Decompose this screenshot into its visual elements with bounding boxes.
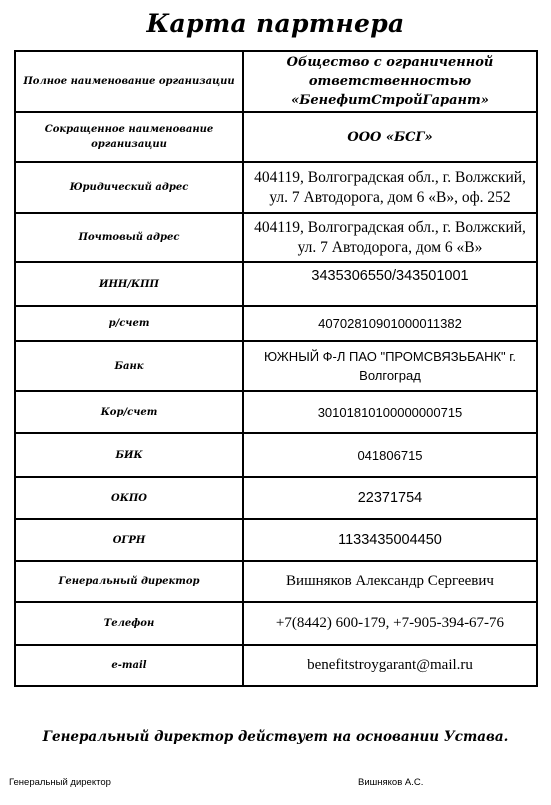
row-value: 22371754 [243, 477, 537, 519]
row-label: e-mail [15, 645, 243, 686]
row-value: 404119, Волгоградская обл., г. Волжский,… [243, 213, 537, 262]
signature-name: Вишняков А.С. [358, 776, 423, 790]
value-line: «БенефитСтройГарант» [291, 93, 489, 108]
row-value: Вишняков Александр Сергеевич [243, 561, 537, 602]
row-label: БИК [15, 433, 243, 477]
row-label: ОКПО [15, 477, 243, 519]
row-label: Полное наименование организации [15, 51, 243, 112]
document-title: Карта партнера [0, 6, 551, 42]
row-label: Телефон [15, 602, 243, 645]
table-row-bank: БанкЮЖНЫЙ Ф-Л ПАО "ПРОМСВЯЗЬБАНК" г.Волг… [15, 341, 537, 391]
footer-note: Генеральный директор действует на основа… [0, 726, 551, 748]
table-row-inn-kpp: ИНН/КПП3435306550/343501001 [15, 262, 537, 306]
table-row-legal-address: Юридический адрес404119, Волгоградская о… [15, 162, 537, 213]
value-line: ЮЖНЫЙ Ф-Л ПАО "ПРОМСВЯЗЬБАНК" г. [264, 349, 516, 364]
value-line: ул. 7 Автодорога, дом 6 «В», оф. 252 [269, 189, 510, 206]
value-line: 30101810100000000715 [318, 405, 463, 420]
value-line: +7(8442) 600-179, +7-905-394-67-76 [276, 615, 504, 631]
value-line: Вишняков Александр Сергеевич [286, 573, 494, 589]
row-value: ЮЖНЫЙ Ф-Л ПАО "ПРОМСВЯЗЬБАНК" г.Волгогра… [243, 341, 537, 391]
partner-card-table: Полное наименование организацииОбщество … [14, 50, 538, 687]
table-row-phone: Телефон+7(8442) 600-179, +7-905-394-67-7… [15, 602, 537, 645]
row-label: Банк [15, 341, 243, 391]
value-line: 404119, Волгоградская обл., г. Волжский, [254, 169, 526, 186]
value-line: 40702810901000011382 [318, 316, 462, 331]
signature-position: Генеральный директор [9, 776, 111, 790]
table-row-ogrn: ОГРН1133435004450 [15, 519, 537, 561]
row-value: 3435306550/343501001 [243, 262, 537, 306]
value-line: ул. 7 Автодорога, дом 6 «В» [298, 239, 483, 256]
table-row-short-name: Сокращенное наименование организацииООО … [15, 112, 537, 162]
value-line: benefitstroygarant@mail.ru [307, 657, 473, 673]
row-value: Общество с ограниченнойответственностью«… [243, 51, 537, 112]
row-value: ООО «БСГ» [243, 112, 537, 162]
value-line: 041806715 [357, 448, 422, 463]
row-label: Генеральный директор [15, 561, 243, 602]
row-label: Почтовый адрес [15, 213, 243, 262]
table-row-correspondent-account: Кор/счет30101810100000000715 [15, 391, 537, 433]
row-value: 1133435004450 [243, 519, 537, 561]
row-label: ОГРН [15, 519, 243, 561]
table-row-general-director: Генеральный директорВишняков Александр С… [15, 561, 537, 602]
table-row-email: e-mailbenefitstroygarant@mail.ru [15, 645, 537, 686]
value-line: ООО «БСГ» [347, 130, 432, 145]
row-value: 30101810100000000715 [243, 391, 537, 433]
value-line: ответственностью [309, 74, 471, 89]
row-value: +7(8442) 600-179, +7-905-394-67-76 [243, 602, 537, 645]
table-row-full-name: Полное наименование организацииОбщество … [15, 51, 537, 112]
row-label: Кор/счет [15, 391, 243, 433]
value-line: 3435306550/343501001 [311, 268, 468, 284]
value-line: Волгоград [359, 368, 421, 383]
row-value: 40702810901000011382 [243, 306, 537, 341]
table-row-settlement-account: р/счет40702810901000011382 [15, 306, 537, 341]
row-value: 404119, Волгоградская обл., г. Волжский,… [243, 162, 537, 213]
value-line: 22371754 [358, 490, 423, 506]
row-label: р/счет [15, 306, 243, 341]
value-line: Общество с ограниченной [287, 55, 494, 70]
row-value: 041806715 [243, 433, 537, 477]
table-row-okpo: ОКПО22371754 [15, 477, 537, 519]
value-line: 404119, Волгоградская обл., г. Волжский, [254, 219, 526, 236]
table-row-bik: БИК041806715 [15, 433, 537, 477]
row-label: ИНН/КПП [15, 262, 243, 306]
row-label: Сокращенное наименование организации [15, 112, 243, 162]
row-value: benefitstroygarant@mail.ru [243, 645, 537, 686]
row-label: Юридический адрес [15, 162, 243, 213]
value-line: 1133435004450 [338, 532, 442, 548]
table-row-postal-address: Почтовый адрес404119, Волгоградская обл.… [15, 213, 537, 262]
